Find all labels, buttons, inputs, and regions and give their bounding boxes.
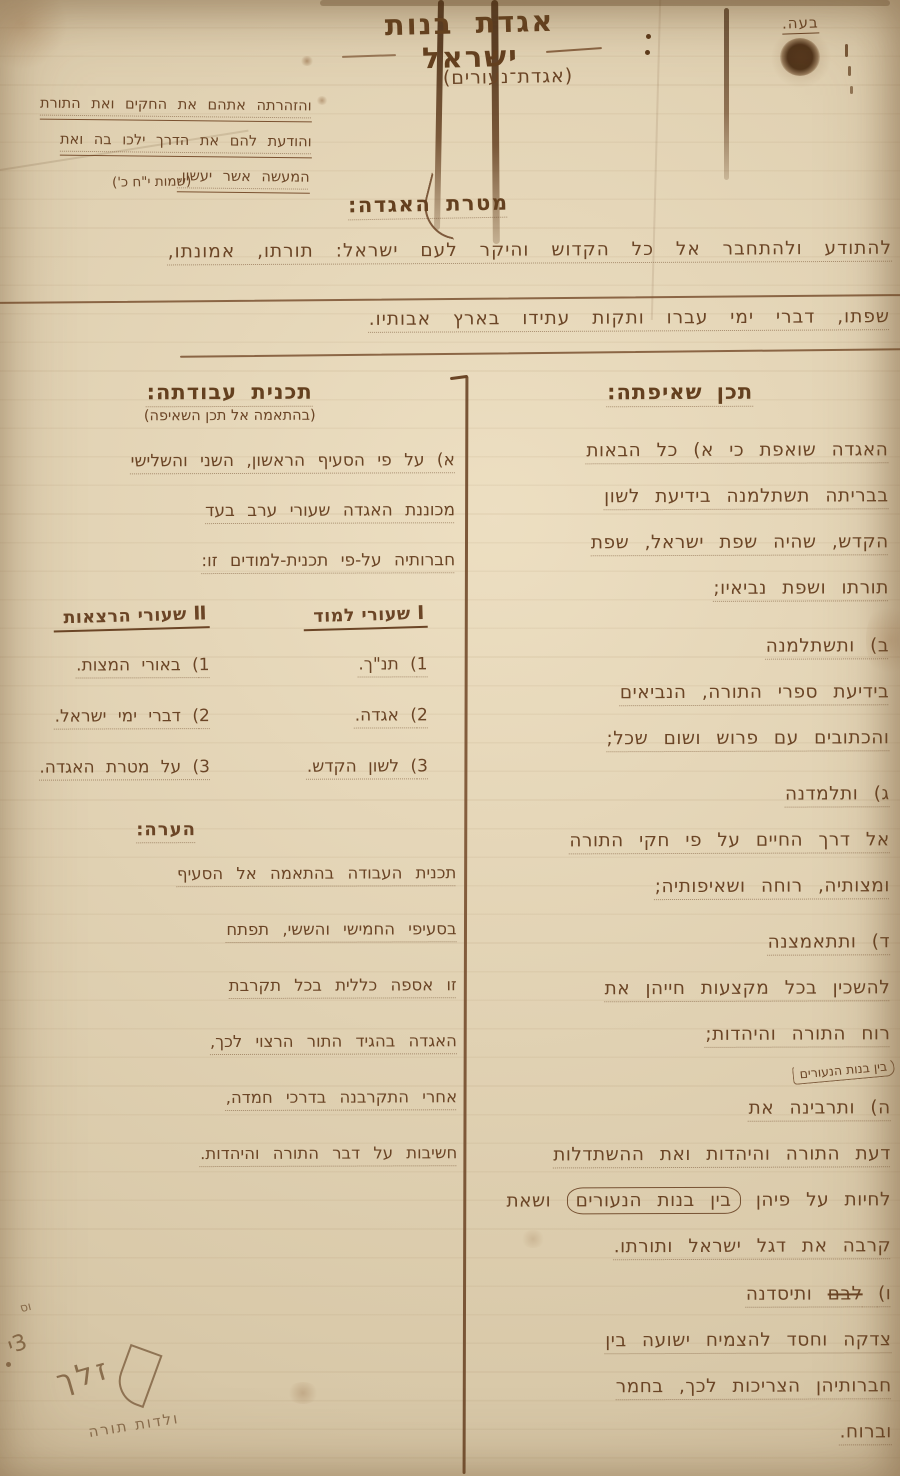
colon-mark-top — [646, 34, 651, 39]
study-lessons-header: I שעורי למוד — [303, 602, 428, 631]
lecture-item: 1) באורי המצות. — [6, 640, 210, 692]
goal-underline-1 — [0, 294, 900, 304]
note-line: תכנית העבודה בהתאמה אל הסעיף — [6, 845, 456, 903]
clause-dalet: ד) ותתאמצנה להשכין בכל מקצעות חייהן את ר… — [474, 919, 890, 1058]
lecture-lessons-title: שעורי הרצאות — [63, 605, 187, 628]
clause-line: והכתובים עם פרוש ושום שכל; — [473, 715, 889, 762]
lecture-lessons-column: II שעורי הרצאות 1) באורי המצות. 2) דברי … — [5, 604, 224, 794]
note-heading: הערה: — [6, 818, 456, 841]
epigraph-citation: (שמות י"ח כ') — [112, 173, 192, 190]
small-spot-2 — [316, 96, 328, 105]
clause-lead-word: ותיסדנה — [746, 1284, 813, 1305]
goal-heading: מטרת האגדה: — [348, 191, 509, 218]
epigraph-line: והזהרתה אתהם את החקים ואת התורת — [40, 89, 312, 123]
clause-line: צדקה וחסד להצמיח ישועה בין — [475, 1317, 891, 1364]
clause-line: תורתו ושפת נביאיו; — [473, 565, 889, 612]
note-line: זו אספה כללית בכל תקרבת — [7, 957, 457, 1015]
intro-line: חברותיה על-פי תכנית-למודים זו: — [5, 535, 455, 587]
epigraph-line: המעשה אשר יעשון. — [177, 161, 310, 193]
circled-line: לחיות על פיהן בין בנות הנעורים ושאת — [475, 1177, 891, 1224]
marginalia-scribble-4: ולדות תורה — [87, 1409, 180, 1441]
lecture-lessons-header: II שעורי הרצאות — [53, 602, 210, 632]
circled-line-prefix: לחיות על פיהן — [740, 1189, 891, 1211]
clause-line: בידיעת ספרי התורה, הנביאים — [473, 669, 889, 716]
corner-stain — [0, 0, 72, 72]
note-line: האגדה בהגיד התור הרצוי לכך, — [7, 1013, 457, 1071]
marginalia-scribble-3: זלך — [52, 1351, 115, 1400]
note-body: תכנית העבודה בהתאמה אל הסעיף בסעיפי החמי… — [6, 845, 457, 1183]
margin-tick-2 — [848, 66, 851, 76]
intro-line: מכוננת האגדה שעורי ערב בעד — [5, 485, 455, 537]
clause-vav: ו) לבם ותיסדנה צדקה וחסד להצמיח ישועה בי… — [475, 1271, 892, 1456]
lessons-table: I שעורי למוד 1) תנ"ך. 2) אגדה. 3) לשון ה… — [5, 603, 456, 794]
study-item: 2) אגדה. — [224, 690, 428, 742]
column-divider — [463, 376, 468, 1474]
note-line: אחרי התקרבנה בדרכי חמדה, — [7, 1069, 457, 1127]
clause-line: אל דרך החיים על פי חקי התורה — [474, 817, 890, 864]
clause-aleph: האגדה שואפת כי א) כל הבאות בבריתה תשתלמנ… — [472, 427, 889, 612]
clause-line: חברותיהן הצריכות לכך, בחמר — [476, 1363, 892, 1410]
clause-marker: ו) — [878, 1283, 891, 1304]
work-plan-heading: תכנית עבודתה: — [5, 379, 455, 405]
note-line: חשיבות על דבר התורה והיהדות. — [7, 1125, 457, 1183]
crease-line-2 — [651, 0, 661, 320]
inserted-correction: בין בנות הנעורים — [792, 1057, 895, 1085]
struck-word: לבם — [828, 1283, 863, 1304]
clause-line: ג) ותלמדנה — [473, 771, 889, 818]
goal-underline-2 — [180, 348, 900, 358]
manuscript-page: בעה. אגדת בנות ישראל (אגדת־נעורים) והזהר… — [0, 0, 900, 1476]
small-spot-1 — [300, 56, 314, 66]
study-item: 3) לשון הקדש. — [224, 741, 428, 793]
clause-line: דעת התורה והיהדות ואת ההשתדלות — [475, 1131, 891, 1178]
note-line: בסעיפי החמישי והששי, תפתח — [6, 901, 456, 959]
numeral-two: II — [193, 602, 206, 624]
bottom-stain-1 — [286, 1382, 320, 1404]
clause-line: וברוח. — [476, 1409, 892, 1456]
work-plan-intro: א) על פי הסעיף הראשון, השני והשלישי מכונ… — [5, 435, 456, 587]
clause-line: ה) ותרבינה את — [475, 1085, 891, 1132]
clause-he: בין בנות הנעורים ה) ותרבינה את דעת התורה… — [475, 1085, 892, 1270]
clause-gimel: ג) ותלמדנה אל דרך החיים על פי חקי התורה … — [473, 771, 889, 910]
circled-phrase: בין בנות הנעורים — [567, 1187, 741, 1215]
goal-line-2: שפתו, דברי ימי עברו ותקות עתידו בארץ אבו… — [188, 306, 890, 331]
intro-line: א) על פי הסעיף הראשון, השני והשלישי — [5, 435, 455, 487]
work-plan-column: תכנית עבודתה: (בהתאמה אל תכן השאיפה) א) … — [5, 379, 458, 1183]
clause-line: רוח התורה והיהדות; — [474, 1011, 890, 1058]
study-item: 1) תנ"ך. — [224, 639, 428, 691]
clause-line: להשכין בכל מקצעות חייהן את — [474, 965, 890, 1012]
work-plan-subheading: (בהתאמה אל תכן השאיפה) — [5, 407, 455, 425]
aspiration-column: תכן שאיפתה: האגדה שואפת כי א) כל הבאות ב… — [472, 379, 892, 1456]
clause-line: הקדש, שהיה שפת ישראל, שפת — [473, 519, 889, 566]
clause-line-with-strike: ו) לבם ותיסדנה — [475, 1271, 891, 1318]
colon-mark-bottom — [645, 50, 650, 55]
study-lessons-column: I שעורי למוד 1) תנ"ך. 2) אגדה. 3) לשון ה… — [223, 603, 456, 793]
header-bsd: בעה. — [782, 13, 819, 34]
goal-line-1: להתודע ולהתחבר אל כל הקדוש והיקר לעם ישר… — [4, 238, 892, 264]
clause-line: בבריתה תשתלמנה בידיעת לשון — [472, 473, 888, 520]
numeral-one: I — [417, 602, 424, 624]
ink-blot — [780, 38, 820, 76]
margin-tick-3 — [850, 86, 853, 94]
clause-line: ומצותיה, רוחה ושאיפותיה; — [474, 863, 890, 910]
clause-bet: ב) ותשתלמנה בידיעת ספרי התורה, הנביאים ו… — [473, 623, 889, 762]
clause-line: ב) ותשתלמנה — [473, 623, 889, 670]
circled-line-suffix: ושאת — [506, 1190, 566, 1211]
marginalia-flourish — [111, 1344, 162, 1408]
clause-line: האגדה שואפת כי א) כל הבאות — [472, 427, 888, 474]
clause-line: ד) ותתאמצנה — [474, 919, 890, 966]
lecture-item: 3) על מטרת האגדה. — [6, 742, 210, 794]
marginalia-scribble-2: 3י — [5, 1330, 31, 1360]
epigraph-line: והודעת להם את הדרך ילכו בה ואת — [60, 125, 312, 159]
aspiration-heading: תכן שאיפתה: — [472, 379, 888, 404]
blot-halo — [770, 28, 832, 88]
lecture-item: 2) דברי ימי ישראל. — [6, 691, 210, 743]
marginalia-dot — [6, 1362, 11, 1367]
clause-line: קרבה את דגל ישראל ותורתו. — [475, 1223, 891, 1270]
page-subtitle: (אגדת־נעורים) — [398, 64, 618, 90]
study-lessons-title: שעורי למוד — [313, 604, 411, 627]
margin-tick-1 — [845, 44, 848, 57]
marginalia-scribble-1: וס — [18, 1299, 32, 1315]
ink-drip-3 — [724, 8, 729, 180]
